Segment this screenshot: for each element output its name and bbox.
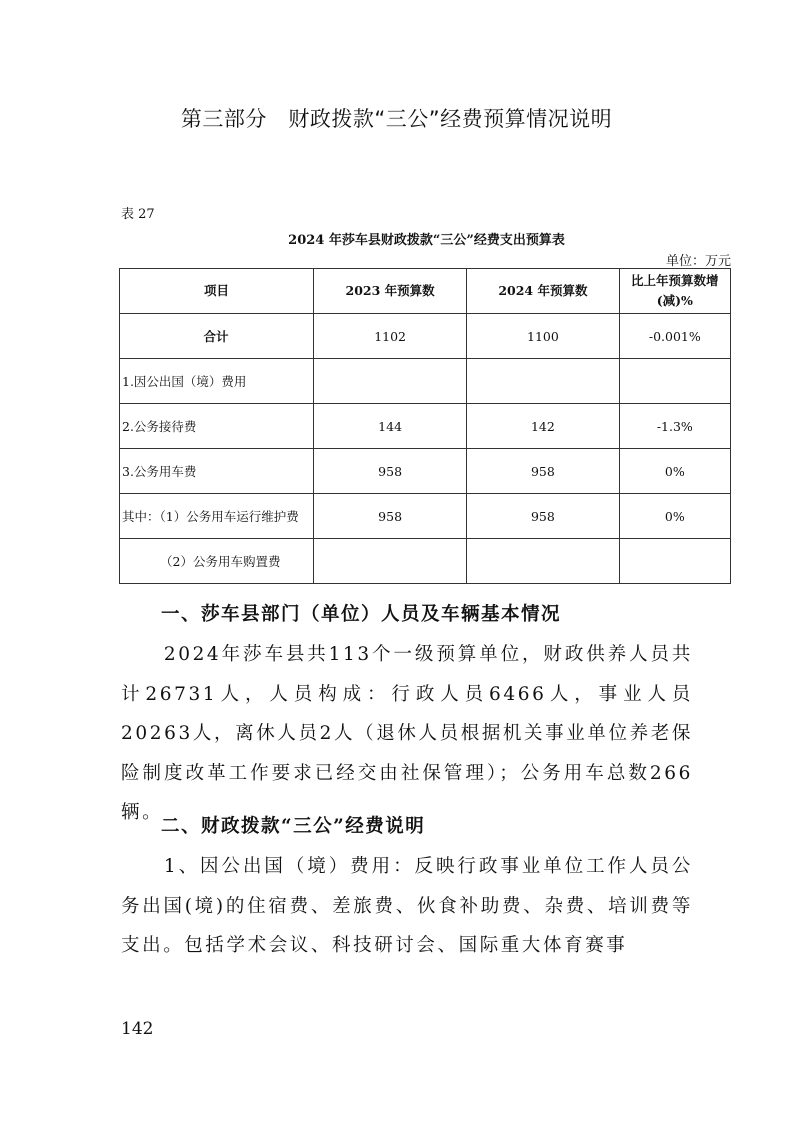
row-2024: 1100: [467, 314, 619, 359]
row-item: 3.公务用车费: [120, 449, 314, 494]
page-title: 第三部分 财政拨款“三公”经费预算情况说明: [0, 103, 793, 133]
section-body-2: 1、因公出国（境）费用：反映行政事业单位工作人员公务出国(境)的住宿费、差旅费、…: [121, 847, 693, 966]
row-change: -1.3%: [619, 404, 730, 449]
row-2023: 144: [313, 404, 466, 449]
table-title: 2024 年莎车县财政拨款“三公”经费支出预算表: [0, 229, 793, 248]
table-row: （2）公务用车购置费: [120, 539, 731, 584]
row-2024: 958: [467, 449, 619, 494]
header-item: 项目: [120, 269, 314, 314]
row-2024: [467, 359, 619, 404]
row-2023: [313, 539, 466, 584]
row-2024: 958: [467, 494, 619, 539]
row-change: [619, 359, 730, 404]
section-heading-1: 一、莎车县部门（单位）人员及车辆基本情况: [161, 600, 561, 626]
table-unit: 单位：万元: [666, 250, 731, 269]
table-row: 合计 1102 1100 -0.001%: [120, 314, 731, 359]
row-item: 合计: [120, 314, 314, 359]
row-2024: [467, 539, 619, 584]
header-2024: 2024 年预算数: [467, 269, 619, 314]
row-change: -0.001%: [619, 314, 730, 359]
row-change: 0%: [619, 449, 730, 494]
row-item: 2.公务接待费: [120, 404, 314, 449]
paragraph: 1、因公出国（境）费用：反映行政事业单位工作人员公务出国(境)的住宿费、差旅费、…: [121, 847, 693, 966]
row-2023: 1102: [313, 314, 466, 359]
row-change: [619, 539, 730, 584]
row-item: 1.因公出国（境）费用: [120, 359, 314, 404]
row-2023: 958: [313, 449, 466, 494]
table-header-row: 项目 2023 年预算数 2024 年预算数 比上年预算数增(减)%: [120, 269, 731, 314]
paragraph: 2024年莎车县共113个一级预算单位，财政供养人员共计26731人，人员构成：…: [121, 635, 693, 833]
table-row: 1.因公出国（境）费用: [120, 359, 731, 404]
table-row: 3.公务用车费 958 958 0%: [120, 449, 731, 494]
section-body-1: 2024年莎车县共113个一级预算单位，财政供养人员共计26731人，人员构成：…: [121, 635, 693, 833]
table-row: 2.公务接待费 144 142 -1.3%: [120, 404, 731, 449]
page-number: 142: [121, 1019, 153, 1039]
row-2023: [313, 359, 466, 404]
row-2024: 142: [467, 404, 619, 449]
budget-table: 项目 2023 年预算数 2024 年预算数 比上年预算数增(减)% 合计 11…: [119, 268, 731, 584]
table-number: 表 27: [121, 203, 155, 222]
row-change: 0%: [619, 494, 730, 539]
row-item: （2）公务用车购置费: [120, 539, 314, 584]
table-row: 其中：（1）公务用车运行维护费 958 958 0%: [120, 494, 731, 539]
header-2023: 2023 年预算数: [313, 269, 466, 314]
section-heading-2: 二、财政拨款“三公”经费说明: [161, 812, 425, 838]
row-2023: 958: [313, 494, 466, 539]
header-change: 比上年预算数增(减)%: [619, 269, 730, 314]
row-item: 其中：（1）公务用车运行维护费: [120, 494, 314, 539]
